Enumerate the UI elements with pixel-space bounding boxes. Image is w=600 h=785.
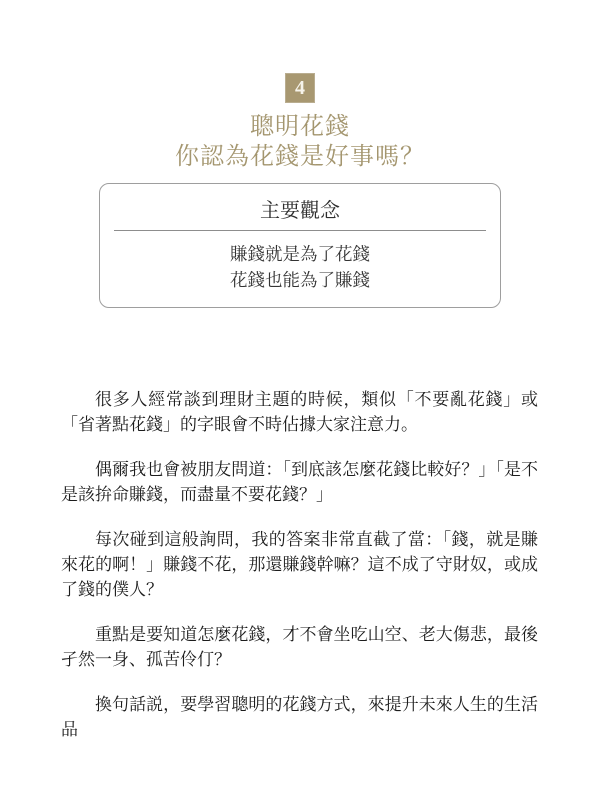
key-concepts-box: 主要觀念 賺錢就是為了花錢 花錢也能為了賺錢: [99, 183, 501, 308]
chapter-number-badge: 4: [285, 73, 315, 103]
key-concepts-heading: 主要觀念: [100, 197, 500, 225]
body-paragraph-3: 每次碰到這般詢問，我的答案非常直截了當：「錢，就是賺來花的啊！」賺錢不花，那還賺…: [61, 527, 538, 602]
chapter-title: 聰明花錢: [0, 112, 600, 142]
concept-line-1: 賺錢就是為了花錢: [100, 241, 500, 267]
book-page: 4 聰明花錢 你認為花錢是好事嗎？ 主要觀念 賺錢就是為了花錢 花錢也能為了賺錢…: [0, 0, 600, 785]
concept-line-2: 花錢也能為了賺錢: [100, 267, 500, 293]
body-paragraph-5: 換句話説，要學習聰明的花錢方式，來提升未來人生的生活品: [61, 692, 538, 742]
body-paragraph-4: 重點是要知道怎麼花錢，才不會坐吃山空、老大傷悲，最後孑然一身、孤苦伶仃？: [61, 622, 538, 672]
body-paragraph-1: 很多人經常談到理財主題的時候，類似「不要亂花錢」或「省著點花錢」的字眼會不時佔據…: [61, 387, 538, 437]
body-paragraph-2: 偶爾我也會被朋友問道：「到底該怎麼花錢比較好？」「是不是該拚命賺錢，而盡量不要花…: [61, 457, 538, 507]
chapter-subtitle: 你認為花錢是好事嗎？: [0, 142, 600, 172]
chapter-body: 很多人經常談到理財主題的時候，類似「不要亂花錢」或「省著點花錢」的字眼會不時佔據…: [61, 387, 538, 742]
concept-divider: [114, 230, 486, 231]
chapter-header: 4 聰明花錢 你認為花錢是好事嗎？: [0, 0, 600, 172]
